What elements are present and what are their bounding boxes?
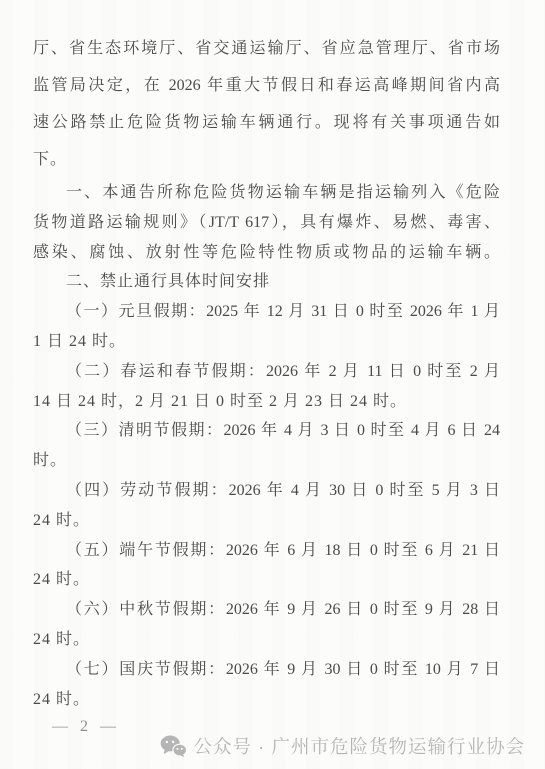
- text-line: 一、本通告所称危险货物运输车辆是指运输列入《危险: [33, 178, 500, 208]
- text-line: （六）中秋节假期：2026 年 9 月 26 日 0 时至 9 月 28 日: [33, 595, 500, 625]
- text-line: 24 时。: [33, 685, 500, 715]
- text-line: 时。: [33, 446, 500, 476]
- text-line: 监管局决定，在 2026 年重大节假日和春运高峰期间省内高: [33, 67, 500, 104]
- text-line: （三）清明节假期：2026 年 4 月 3 日 0 时至 4 月 6 日 24: [33, 416, 500, 446]
- text-line: 24 时。: [33, 625, 500, 655]
- text-line: 厅、省生态环境厅、省交通运输厅、省应急管理厅、省市场: [33, 30, 500, 67]
- text-line: 速公路禁止危险货物运输车辆通行。现将有关事项通告如: [33, 104, 500, 141]
- notice-body: 厅、省生态环境厅、省交通运输厅、省应急管理厅、省市场监管局决定，在 2026 年…: [33, 30, 500, 714]
- text-line: 14 日 24 时，2 月 21 日 0 时至 2 月 23 日 24 时。: [33, 387, 500, 417]
- scanned-notice-page: 厅、省生态环境厅、省交通运输厅、省应急管理厅、省市场监管局决定，在 2026 年…: [0, 0, 545, 769]
- text-line: 二、禁止通行具体时间安排: [33, 267, 500, 297]
- text-line: 货物道路运输规则》（JT/T 617），具有爆炸、易燃、毒害、: [33, 208, 500, 238]
- text-line: 24 时。: [33, 506, 500, 536]
- text-line: （四）劳动节假期：2026 年 4 月 30 日 0 时至 5 月 3 日: [33, 476, 500, 506]
- wechat-icon: [160, 735, 187, 757]
- text-line: 1 日 24 时。: [33, 327, 500, 357]
- watermark-text: 公众号 · 广州市危险货物运输行业协会: [194, 733, 525, 759]
- text-line: （二）春运和春节假期：2026 年 2 月 11 日 0 时至 2 月: [33, 357, 500, 387]
- text-line: （一）元旦假期：2025 年 12 月 31 日 0 时至 2026 年 1 月: [33, 297, 500, 327]
- text-line: 24 时。: [33, 565, 500, 595]
- text-line: （七）国庆节假期：2026 年 9 月 30 日 0 时至 10 月 7 日: [33, 655, 500, 685]
- text-line: 感染、腐蚀、放射性等危险特性物质或物品的运输车辆。: [33, 238, 500, 268]
- text-line: 下。: [33, 141, 500, 178]
- text-line: （五）端午节假期：2026 年 6 月 18 日 0 时至 6 月 21 日: [33, 536, 500, 566]
- page-number: — 2 —: [52, 718, 120, 736]
- wechat-watermark: 公众号 · 广州市危险货物运输行业协会: [160, 733, 525, 759]
